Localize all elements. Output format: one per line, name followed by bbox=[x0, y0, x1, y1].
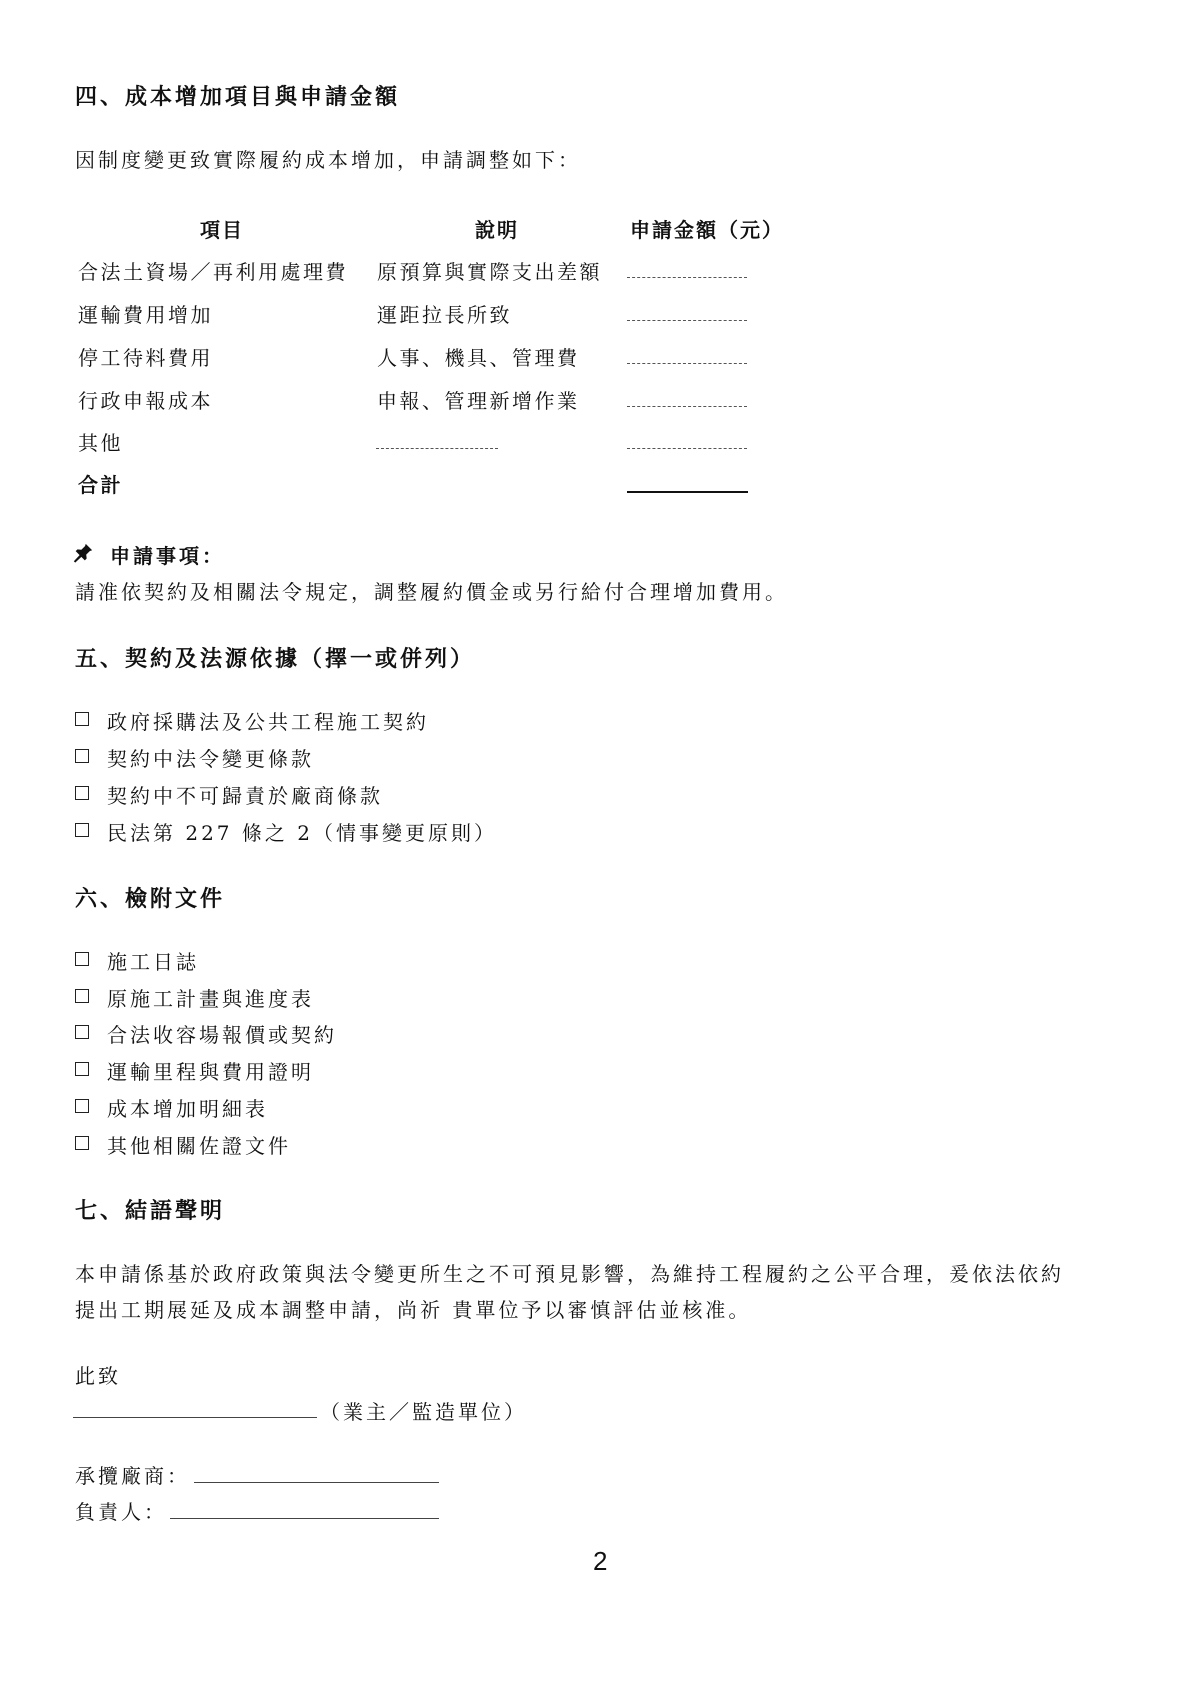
pushpin-icon bbox=[72, 542, 94, 564]
table-header-amount: 申請金額（元） bbox=[630, 214, 784, 243]
checkbox-label: 原施工計畫與進度表 bbox=[107, 983, 314, 1012]
table-row-description: 運距拉長所致 bbox=[377, 299, 512, 328]
checkbox[interactable] bbox=[75, 1136, 89, 1150]
checkbox-label: 合法收容場報價或契約 bbox=[107, 1019, 337, 1048]
table-row-description: 人事、機具、管理費 bbox=[377, 342, 580, 371]
checkbox-label: 契約中不可歸責於廠商條款 bbox=[107, 780, 383, 809]
total-label: 合計 bbox=[78, 469, 123, 498]
table-header-item: 項目 bbox=[200, 214, 244, 243]
recipient-suffix: （業主／監造單位） bbox=[320, 1396, 527, 1425]
contractor-label: 承攬廠商： bbox=[75, 1460, 190, 1489]
section-6-heading: 六、檢附文件 bbox=[75, 882, 225, 913]
closing-statement-line-2: 提出工期展延及成本調整申請，尚祈 貴單位予以審慎評估並核准。 bbox=[75, 1294, 751, 1323]
other-description-field[interactable] bbox=[376, 448, 498, 449]
salutation: 此致 bbox=[75, 1360, 121, 1389]
responsible-person-field[interactable] bbox=[170, 1518, 439, 1519]
request-text: 請准依契約及相關法令規定，調整履約價金或另行給付合理增加費用。 bbox=[75, 576, 788, 605]
section-4-intro: 因制度變更致實際履約成本增加，申請調整如下： bbox=[75, 144, 581, 173]
checkbox-label: 成本增加明細表 bbox=[107, 1093, 268, 1122]
amount-field[interactable] bbox=[627, 320, 747, 321]
checkbox[interactable] bbox=[75, 712, 89, 726]
table-row-item: 停工待料費用 bbox=[78, 342, 213, 371]
closing-statement-line-1: 本申請係基於政府政策與法令變更所生之不可預見影響，為維持工程履約之公平合理，爰依… bbox=[75, 1258, 1064, 1287]
checkbox-label: 其他相關佐證文件 bbox=[107, 1130, 291, 1159]
section-7-heading: 七、結語聲明 bbox=[75, 1194, 225, 1225]
checkbox-label: 契約中法令變更條款 bbox=[107, 743, 314, 772]
recipient-field[interactable] bbox=[73, 1417, 317, 1418]
request-label: 申請事項： bbox=[110, 540, 225, 569]
section-5-heading: 五、契約及法源依據（擇一或併列） bbox=[75, 642, 475, 673]
total-amount-field[interactable] bbox=[627, 491, 748, 493]
page-number: 2 bbox=[593, 1546, 607, 1577]
checkbox-label: 施工日誌 bbox=[107, 946, 199, 975]
checkbox[interactable] bbox=[75, 823, 89, 837]
checkbox[interactable] bbox=[75, 989, 89, 1003]
checkbox[interactable] bbox=[75, 786, 89, 800]
checkbox[interactable] bbox=[75, 1062, 89, 1076]
amount-field[interactable] bbox=[627, 448, 747, 449]
table-row-item: 合法土資場／再利用處理費 bbox=[78, 256, 348, 285]
table-header-description: 說明 bbox=[475, 214, 519, 243]
checkbox[interactable] bbox=[75, 1099, 89, 1113]
table-row-description: 申報、管理新增作業 bbox=[377, 385, 580, 414]
table-row-item: 行政申報成本 bbox=[78, 385, 213, 414]
checkbox-label: 政府採購法及公共工程施工契約 bbox=[107, 706, 429, 735]
table-row-item: 運輸費用增加 bbox=[78, 299, 213, 328]
checkbox[interactable] bbox=[75, 952, 89, 966]
amount-field[interactable] bbox=[627, 363, 747, 364]
checkbox[interactable] bbox=[75, 1025, 89, 1039]
document-page: 四、成本增加項目與申請金額 因制度變更致實際履約成本增加，申請調整如下： 項目 … bbox=[0, 0, 1200, 1697]
responsible-person-label: 負責人： bbox=[75, 1496, 167, 1525]
amount-field[interactable] bbox=[627, 406, 747, 407]
checkbox-label: 民法第 227 條之 2（情事變更原則） bbox=[107, 817, 497, 846]
table-row-item: 其他 bbox=[78, 427, 123, 456]
checkbox[interactable] bbox=[75, 749, 89, 763]
amount-field[interactable] bbox=[627, 277, 747, 278]
checkbox-label: 運輸里程與費用證明 bbox=[107, 1056, 314, 1085]
section-4-heading: 四、成本增加項目與申請金額 bbox=[75, 80, 400, 111]
table-row-description: 原預算與實際支出差額 bbox=[377, 256, 602, 285]
contractor-field[interactable] bbox=[194, 1482, 439, 1483]
